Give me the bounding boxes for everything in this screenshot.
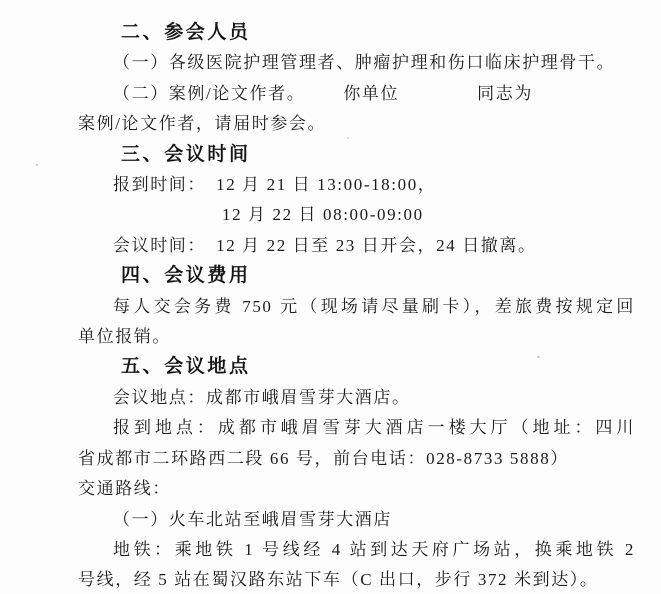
- line-participants-type-2: （二）案例/论文作者。你单位同志为: [78, 79, 635, 109]
- line-participants-type-1: （一）各级医院护理管理者、肿瘤护理和伤口临床护理骨干。: [78, 48, 635, 78]
- document-body: 二、参会人员 （一）各级医院护理管理者、肿瘤护理和伤口临床护理骨干。 （二）案例…: [78, 18, 635, 594]
- fill-in-blank: [399, 98, 477, 99]
- scan-noise-speck: [537, 356, 540, 358]
- line-checkin-time-2: 12 月 22 日 08:00-09:00: [78, 200, 635, 230]
- line-metro-2: 号线，经 5 站在蜀汉路东站下车（C 出口，步行 372 米到达）。: [78, 565, 635, 594]
- line-fee-1: 每人交会务费 750 元（现场请尽量刷卡），差旅费按规定回: [78, 292, 635, 322]
- line-checkin-address-2: 省成都市二环路西二段 66 号，前台电话：028-8733 5888）: [78, 444, 635, 474]
- line-lead-text: （二）案例/论文作者。: [113, 84, 305, 103]
- scan-noise-speck: [347, 137, 349, 139]
- fill-in-blank: [305, 98, 343, 99]
- line-meeting-time: 会议时间： 12 月 22 日至 23 日开会，24 日撤离。: [78, 231, 635, 261]
- line-metro-1: 地铁：乘地铁 1 号线经 4 站到达天府广场站，换乘地铁 2: [78, 535, 635, 565]
- line-traffic-routes-label: 交通路线：: [78, 474, 635, 504]
- heading-fee: 四、会议费用: [78, 261, 635, 291]
- heading-participants: 二、参会人员: [78, 18, 635, 48]
- line-checkin-time-1: 报到时间： 12 月 21 日 13:00-18:00，: [78, 170, 635, 200]
- your-unit-label: 你单位: [343, 84, 399, 103]
- line-participants-type-2-cont: 案例/论文作者，请届时参会。: [78, 109, 635, 139]
- line-route-1-title: （一）火车北站至峨眉雪芽大酒店: [78, 505, 635, 535]
- line-venue-address: 会议地点：成都市峨眉雪芽大酒店。: [78, 383, 635, 413]
- scan-noise-speck: [36, 164, 38, 166]
- heading-venue: 五、会议地点: [78, 352, 635, 382]
- heading-meeting-time: 三、会议时间: [78, 140, 635, 170]
- scanned-notice-page: 二、参会人员 （一）各级医院护理管理者、肿瘤护理和伤口临床护理骨干。 （二）案例…: [0, 0, 661, 594]
- line-fee-2: 单位报销。: [78, 322, 635, 352]
- line-checkin-address-1: 报到地点：成都市峨眉雪芽大酒店一楼大厅（地址：四川: [78, 413, 635, 443]
- comrade-label: 同志为: [477, 84, 533, 103]
